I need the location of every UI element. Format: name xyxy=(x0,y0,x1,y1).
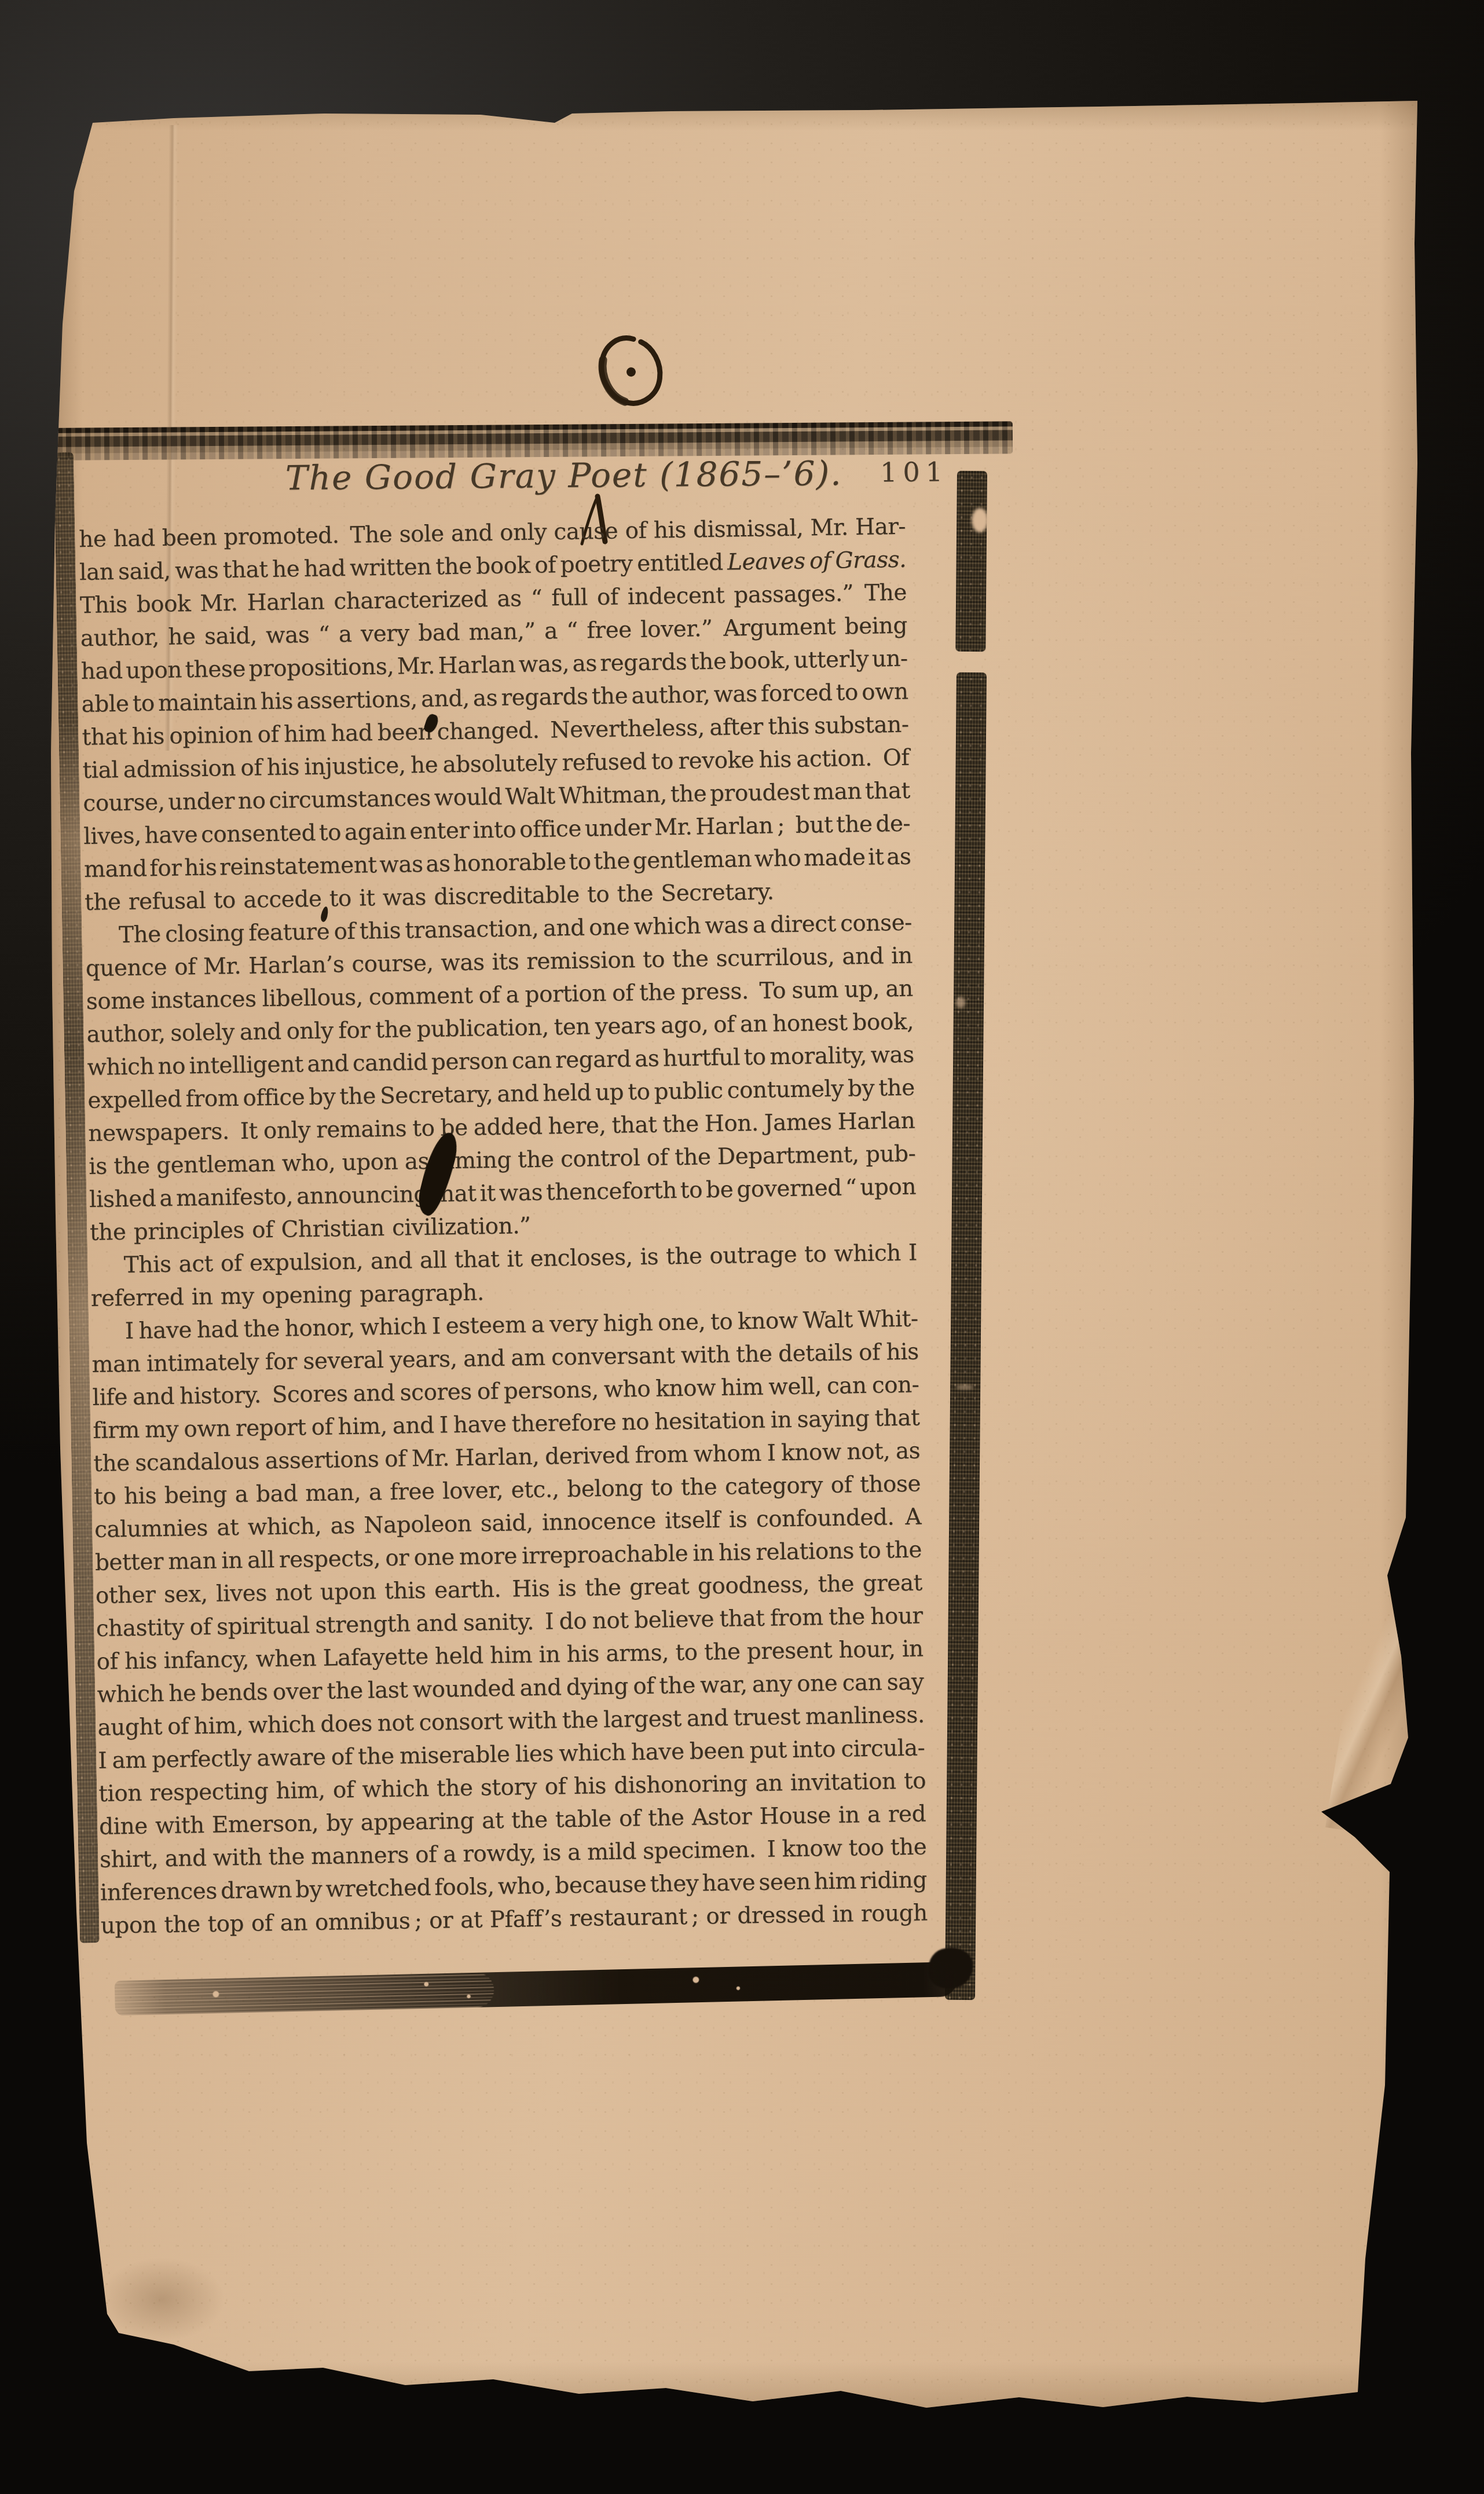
newspaper-clipping: The Good Gray Poet (1865–’6). 101 he had… xyxy=(43,426,1013,2047)
page-title: The Good Gray Poet (1865–’6). xyxy=(285,454,842,498)
right-border-rule xyxy=(944,471,987,2000)
page-header: The Good Gray Poet (1865–’6). 101 xyxy=(43,448,1014,509)
body-text: he had been promoted. The sole and only … xyxy=(79,510,928,1943)
inked-circle-dot-mark xyxy=(591,328,673,416)
paper-corner-smudge xyxy=(75,2241,249,2357)
page-number: 101 xyxy=(880,456,948,488)
border-gap xyxy=(972,508,988,532)
border-gap xyxy=(956,997,965,1008)
photo-background: The Good Gray Poet (1865–’6). 101 he had… xyxy=(0,0,1484,2494)
bottom-border-rule xyxy=(115,1962,958,2016)
right-border-main-segment xyxy=(945,672,987,2000)
border-gap xyxy=(956,1385,973,1389)
paper-tear-fold xyxy=(1325,1581,1419,1836)
right-border-top-segment xyxy=(955,471,987,652)
paper-sheet: The Good Gray Poet (1865–’6). 101 he had… xyxy=(0,0,1484,2494)
